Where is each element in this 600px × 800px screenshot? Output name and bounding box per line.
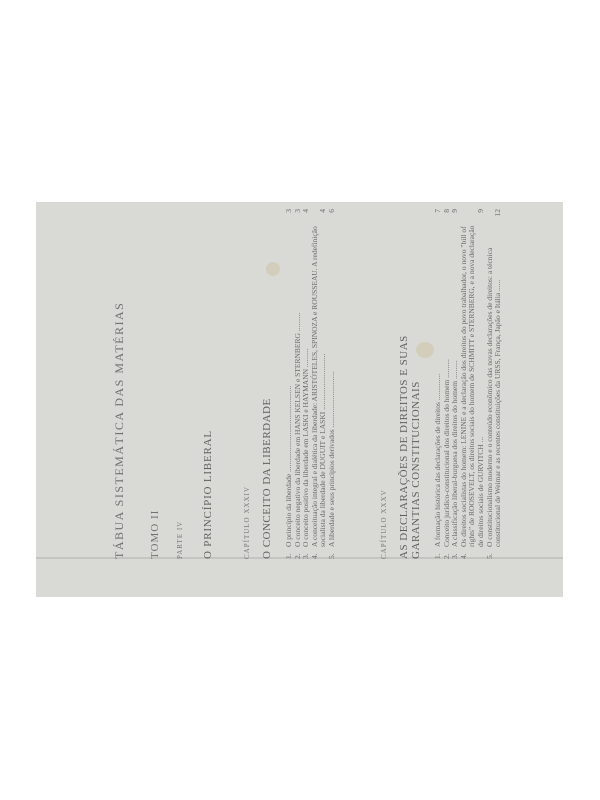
chapter-title: O CONCEITO DA LIBERDADE [261,329,273,559]
chapter-35-entries: 1.A formação histórica das declarações d… [434,221,503,559]
rotated-page-content: TÁBUA SISTEMÁTICA DAS MATÉRIAS TOMO II P… [36,202,563,597]
toc-entry[interactable]: 4.A conceituação integral e dialética da… [311,221,328,559]
chapter-label: CAPÍTULO XXXIV [243,486,251,559]
chapter-label: CAPÍTULO XXXV [380,489,388,559]
parte-title: O PRINCÍPIO LIBERAL [202,430,214,559]
toc-entry[interactable]: 5.A liberdade e seus princípios derivado… [328,221,337,559]
chapter-title: AS DECLARAÇÕES DE DIREITOS E SUAS GARANT… [398,329,422,559]
parte-label: PARTE IV [176,521,184,559]
toc-title: TÁBUA SISTEMÁTICA DAS MATÉRIAS [112,302,127,559]
toc-entry[interactable]: 5.O constitucionalismo moderno e o conte… [486,221,503,559]
chapter-34-entries: 1.O princípio da liberdade .............… [285,221,337,559]
tomo-label: TOMO II [149,510,161,559]
toc-entry[interactable]: 4.Os direitos socialistas do homem: LENI… [460,221,486,559]
